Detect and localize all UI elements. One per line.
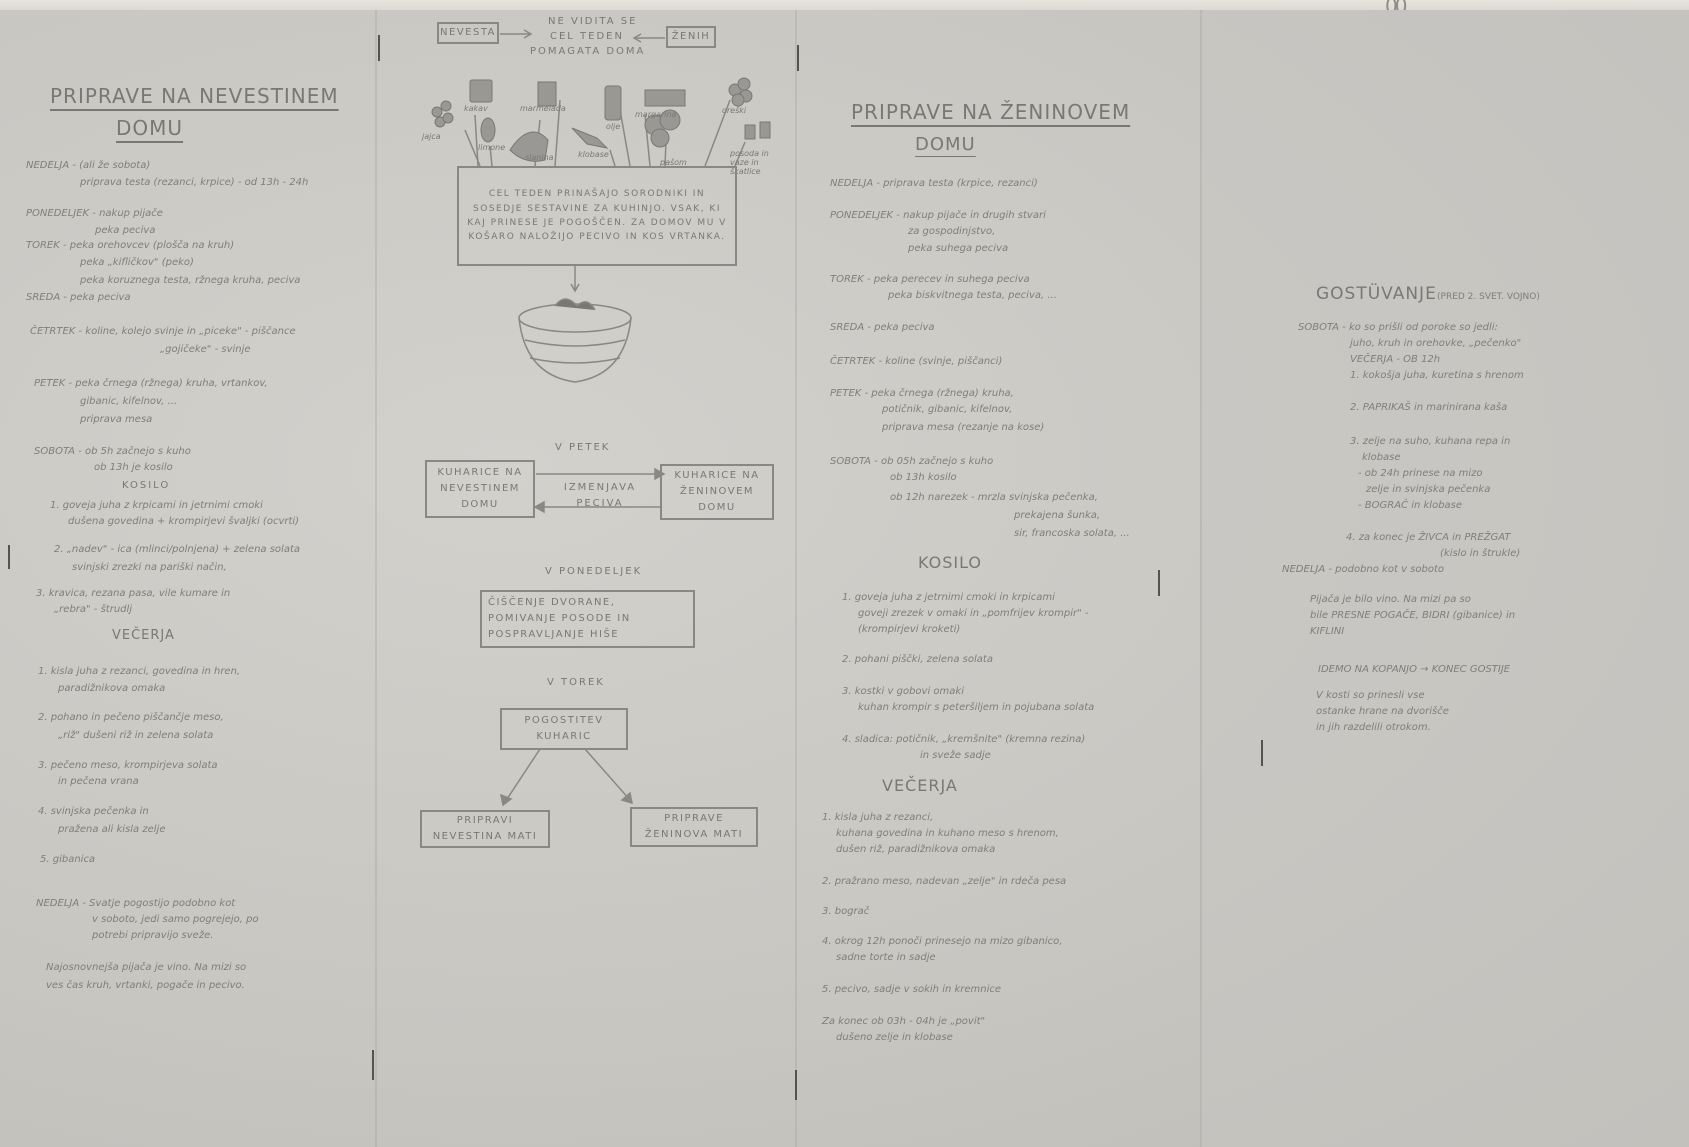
text-line: 3. kostki v gobovi omaki [842, 686, 964, 697]
groom-mother-box: PRIPRAVE ŽENINOVA MATI [630, 807, 758, 847]
right-title: PRIPRAVE NA ŽENINOVEM [851, 100, 1130, 124]
text-line: 1. kokošja juha, kuretina s hrenom [1350, 370, 1524, 381]
gostuvanje-title: GOSTÜVANJE [1316, 284, 1437, 304]
text-line: in sveže sadje [920, 750, 991, 761]
text-line: 2. pohani piščki, zelena solata [842, 654, 993, 665]
ingredient-label: marmelada [520, 104, 566, 113]
text-line: ob 13h kosilo [890, 472, 957, 483]
text-line: 4. okrog 12h ponoči prinesejo na mizo gi… [822, 936, 1062, 947]
right-title-sub: DOMU [915, 134, 976, 155]
text-line: juho, kruh in orehovke, „pečenko" [1350, 338, 1521, 349]
cleanup-box: ČIŠČENJE DVORANE, POMIVANJE POSODE IN PO… [480, 590, 695, 648]
text-line: 5. pecivo, sadje v sokih in kremnice [822, 984, 1001, 995]
center-caption: NE VIDITA SE [548, 16, 637, 27]
bride-mother-box: PRIPRAVI NEVESTINA MATI [420, 810, 550, 848]
text-line: 1. kisla juha z rezanci, [822, 812, 933, 823]
ingredient-label: kakav [464, 104, 488, 113]
ingredient-label: olje [606, 122, 620, 131]
text-line: sadne torte in sadje [836, 952, 936, 963]
text-line: zelje in svinjska pečenka [1366, 484, 1490, 495]
text-line: 2. PAPRIKAŠ in marinirana kaša [1350, 402, 1507, 413]
tuesday-caption: V TOREK [547, 677, 605, 688]
text-line: V kosti so prinesli vse [1316, 690, 1424, 701]
text-line: SREDA - peka peciva [830, 322, 935, 333]
text-line: kuhan krompir s peteršiljem in pojubana … [858, 702, 1094, 713]
text-line: KIFLINI [1310, 626, 1344, 637]
monday-caption: V PONEDELJEK [545, 566, 642, 577]
feast-cooks-box: POGOSTITEV KUHARIC [500, 708, 628, 750]
groom-box: ŽENIH [666, 26, 716, 48]
text-line: PETEK - peka črnega (ržnega) kruha, [830, 388, 1014, 399]
gifts-box: CEL TEDEN PRINAŠAJO SORODNIKI IN SOSEDJE… [457, 166, 737, 266]
text-line: bile PRESNE POGAČE, BIDRI (gibanice) in [1310, 610, 1515, 621]
text-line: kuhana govedina in kuhano meso s hrenom, [836, 828, 1059, 839]
bride-cooks-box: KUHARICE NA NEVESTINEM DOMU [425, 460, 535, 518]
text-line: IDEMO NA KOPANJO → KONEC GOSTIJE [1318, 664, 1510, 675]
text-line: SOBOTA - ko so prišli od poroke so jedli… [1298, 322, 1498, 333]
text-line: 2. pražrano meso, nadevan „zelje" in rde… [822, 876, 1066, 887]
text-line: 1. goveja juha z jetrnimi cmoki in krpic… [842, 592, 1055, 603]
groom-cooks-box: KUHARICE NA ŽENINOVEM DOMU [660, 464, 774, 520]
text-line: TOREK - peka perecev in suhega peciva [830, 274, 1030, 285]
text-line: goveji zrezek v omaki in „pomfrijev krom… [858, 608, 1089, 619]
center-caption: CEL TEDEN [550, 31, 624, 42]
text-line: (krompirjevi kroketi) [858, 624, 960, 635]
text-line: NEDELJA - podobno kot v soboto [1282, 564, 1444, 575]
ingredient-label: slanina [525, 153, 554, 162]
ingredient-label: oreški [722, 106, 746, 115]
text-line: ostanke hrane na dvorišče [1316, 706, 1449, 717]
text-line: klobase [1362, 452, 1401, 463]
text-line: in jih razdelili otrokom. [1316, 722, 1431, 733]
text-line: - BOGRAČ in klobase [1358, 500, 1462, 511]
ingredient-label: limone [478, 143, 505, 152]
kosilo-heading: KOSILO [918, 553, 982, 572]
friday-caption: V PETEK [555, 442, 610, 453]
ingredient-label: jajca [422, 132, 441, 141]
text-line: sir, francoska solata, ... [1014, 528, 1130, 539]
text-line: za gospodinjstvo, [908, 226, 995, 237]
text-line: SOBOTA - ob 05h začnejo s kuho [830, 456, 993, 467]
vecerja-heading: VEČERJA [882, 776, 958, 795]
text-line: - ob 24h prinese na mizo [1358, 468, 1482, 479]
text-line: PONEDELJEK - nakup pijače in drugih stva… [830, 210, 1046, 221]
text-line: NEDELJA - priprava testa (krpice, rezanc… [830, 178, 1038, 189]
text-line: dušen riž, paradižnikova omaka [836, 844, 995, 855]
text-line: peka biskvitnega testa, peciva, ... [888, 290, 1057, 301]
text-line: (kislo in štrukle) [1440, 548, 1520, 559]
exchange-caption: IZMENJAVA PECIVA [545, 480, 655, 512]
text-line: dušeno zelje in klobase [836, 1032, 953, 1043]
bride-box: NEVESTA [437, 22, 499, 44]
text-line: Za konec ob 03h - 04h je „povit" [822, 1016, 985, 1027]
text-line: ČETRTEK - koline (svinje, piščanci) [830, 356, 1002, 367]
text-line: potičnik, gibanic, kifelnov, [882, 404, 1012, 415]
text-line: ob 12h narezek - mrzla svinjska pečenka, [890, 492, 1098, 503]
ingredient-label: posoda in vaze in škatlice [730, 150, 790, 176]
text-line: priprava mesa (rezanje na kose) [882, 422, 1044, 433]
text-line: 4. sladica: potičnik, „kremšnite" (kremn… [842, 734, 1085, 745]
title-note: (PRED 2. SVET. VOJNO) [1437, 292, 1540, 302]
text-line: Pijača je bilo vino. Na mizi pa so [1310, 594, 1471, 605]
text-line: 3. zelje na suho, kuhana repa in [1350, 436, 1510, 447]
text-line: VEČERJA - OB 12h [1350, 354, 1440, 365]
ingredient-label: margarina [635, 110, 676, 119]
center-caption: POMAGATA DOMA [530, 46, 645, 57]
basket-icon [519, 299, 631, 382]
text-line: peka suhega peciva [908, 243, 1008, 254]
text-line: 3. bograč [822, 906, 869, 917]
ingredient-label: klobase [578, 150, 609, 159]
text-line: 4. za konec je ŽIVCA in PREŽGAT [1346, 532, 1511, 543]
text-line: prekajena šunka, [1014, 510, 1100, 521]
